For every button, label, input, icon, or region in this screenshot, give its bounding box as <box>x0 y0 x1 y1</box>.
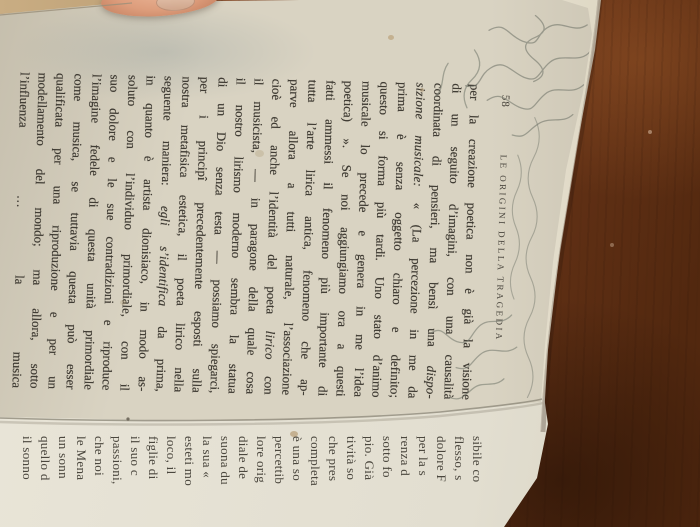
fragment-line: passioni, <box>108 436 126 527</box>
fragment-line: diale de <box>234 436 252 527</box>
fragment-line: dolore F <box>432 436 450 527</box>
fragment-line: pio. Già <box>360 436 378 527</box>
fragment-line: suona du <box>216 436 234 527</box>
pencil-handwriting <box>373 2 595 477</box>
fragment-line: quello d <box>36 436 54 527</box>
wood-speck <box>610 243 614 247</box>
fragment-line: la sua « <box>198 436 216 527</box>
fragment-line: flesso, s <box>450 436 468 527</box>
fragment-line: che pres <box>324 436 342 527</box>
fragment-line: sibile co <box>468 436 486 527</box>
wood-speck <box>648 130 652 134</box>
under-page-text: sibile coflesso, sdolore Fper la srenza … <box>10 436 486 527</box>
fragment-line: tività so <box>342 436 360 527</box>
fragment-line: figlie di <box>144 436 162 527</box>
fragment-line: completa <box>306 436 324 527</box>
fragment-line: percettib <box>270 436 288 527</box>
fragment-line: lore orig <box>252 436 270 527</box>
fragment-line: loco, il <box>162 436 180 527</box>
fragment-line: esteti mo <box>180 436 198 527</box>
fragment-line: un sonn <box>54 436 72 527</box>
page-content: 58 LE ORIGINI DELLA TRAGEDIA per la crea… <box>0 55 552 410</box>
fragment-line: le Mena <box>72 436 90 527</box>
fragment-line: il suo c <box>126 436 144 527</box>
fragment-line: renza d <box>396 436 414 527</box>
fragment-line: è una so <box>288 436 306 527</box>
fragment-line: il sonno <box>18 436 36 527</box>
fragment-line: che noi <box>90 436 108 527</box>
fragment-line: sotto fo <box>378 436 396 527</box>
fragment-line: per la s <box>414 436 432 527</box>
